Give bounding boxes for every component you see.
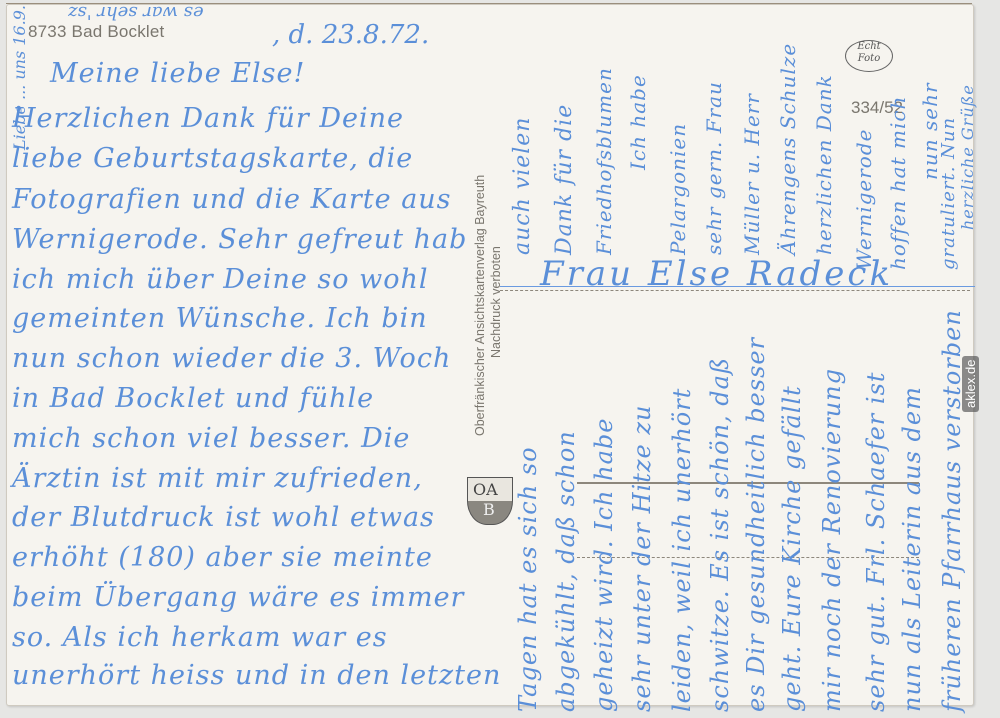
vertical-text-column: es Dir gesundheitlich besser (742, 337, 770, 712)
message-line: unerhört heiss und in den letzten (12, 660, 501, 691)
vertical-text-column: mir noch der Renovierung (818, 368, 846, 712)
vertical-text-column: gratuliert. Nun (938, 117, 959, 270)
echt-foto-logo-icon: Echt Foto (845, 40, 893, 72)
message-line: mich schon viel besser. Die (12, 423, 410, 454)
handwritten-date: , d. 23.8.72. (272, 20, 429, 50)
vertical-text-column: Pelargonien (666, 123, 690, 255)
vertical-text-column: sehr gern. Frau (702, 81, 726, 255)
message-line: erhöht (180) aber sie meinte (12, 542, 433, 573)
message-line: Meine liebe Else! (50, 58, 305, 89)
vertical-text-column: Tagen hat es sich so (514, 446, 542, 712)
inverted-note: es war sehr 'sz (68, 2, 204, 23)
message-line: Ärztin ist mit mir zufrieden, (12, 463, 423, 494)
logo-b-text: B (483, 500, 495, 519)
reprint-notice: Nachdruck verboten (489, 246, 503, 358)
message-line: liebe Geburtstagskarte, die (12, 143, 413, 174)
message-line: gemeinten Wünsche. Ich bin (12, 303, 428, 334)
logo-foto-text: Foto (846, 53, 892, 65)
vertical-text-column: hoffen hat mich (886, 96, 910, 270)
vertical-text-column: Dank für die (552, 104, 577, 255)
vertical-text-column: leiden, weil ich unerhört (668, 388, 696, 712)
vertical-text-column: herzliche Grüße (958, 84, 977, 230)
message-line: Herzlichen Dank für Deine (12, 103, 404, 134)
vertical-text-column: Ich habe (626, 74, 650, 170)
oab-publisher-logo-icon: OA B (467, 477, 513, 525)
publisher-name: Oberfränkischer Ansichtskartenverlag Bay… (473, 175, 487, 436)
message-line: in Bad Bocklet und fühle (12, 383, 374, 414)
message-line: der Blutdruck ist wohl etwas (12, 502, 435, 533)
vertical-text-column: Friedhofsblumen (592, 67, 616, 255)
vertical-text-column: Wernigerode (852, 129, 876, 270)
logo-oa-text: OA (473, 480, 498, 499)
message-line: nun schon wieder die 3. Woch (12, 343, 451, 374)
message-line: so. Als ich herkam war es (12, 622, 388, 653)
vertical-text-column: sehr gut. Frl. Schaefer ist (862, 371, 890, 712)
message-line: beim Übergang wäre es immer (12, 582, 464, 613)
vertical-text-column: sehr unter der Hitze zu (628, 405, 656, 712)
message-line: Wernigerode. Sehr gefreut hab (12, 224, 467, 255)
vertical-text-column: Müller u. Herr (740, 93, 764, 255)
vertical-text-column: abgekühlt, daß schon (552, 430, 580, 712)
vertical-text-column: herzlichen Dank (812, 74, 836, 255)
message-line: Fotografien und die Karte aus (12, 184, 452, 215)
vertical-text-column: nun als Leiterin aus dem (898, 386, 926, 712)
watermark: aklex.de (962, 356, 979, 412)
recipient-name: Frau Else Radeck (540, 254, 893, 294)
vertical-text-column: geht. Eure Kirche gefällt (778, 385, 806, 712)
vertical-text-column: Ährengens Schulze (776, 43, 800, 255)
vertical-text-column: schwitze. Es ist schön, daß (706, 357, 734, 712)
printed-place-name: 8733 Bad Bocklet (28, 22, 164, 42)
vertical-text-column: geheizt wird. Ich habe (590, 418, 618, 712)
message-line: ich mich über Deine so wohl (12, 264, 429, 295)
vertical-text-column: auch vielen (510, 117, 535, 255)
logo-echt-text: Echt (846, 41, 892, 53)
